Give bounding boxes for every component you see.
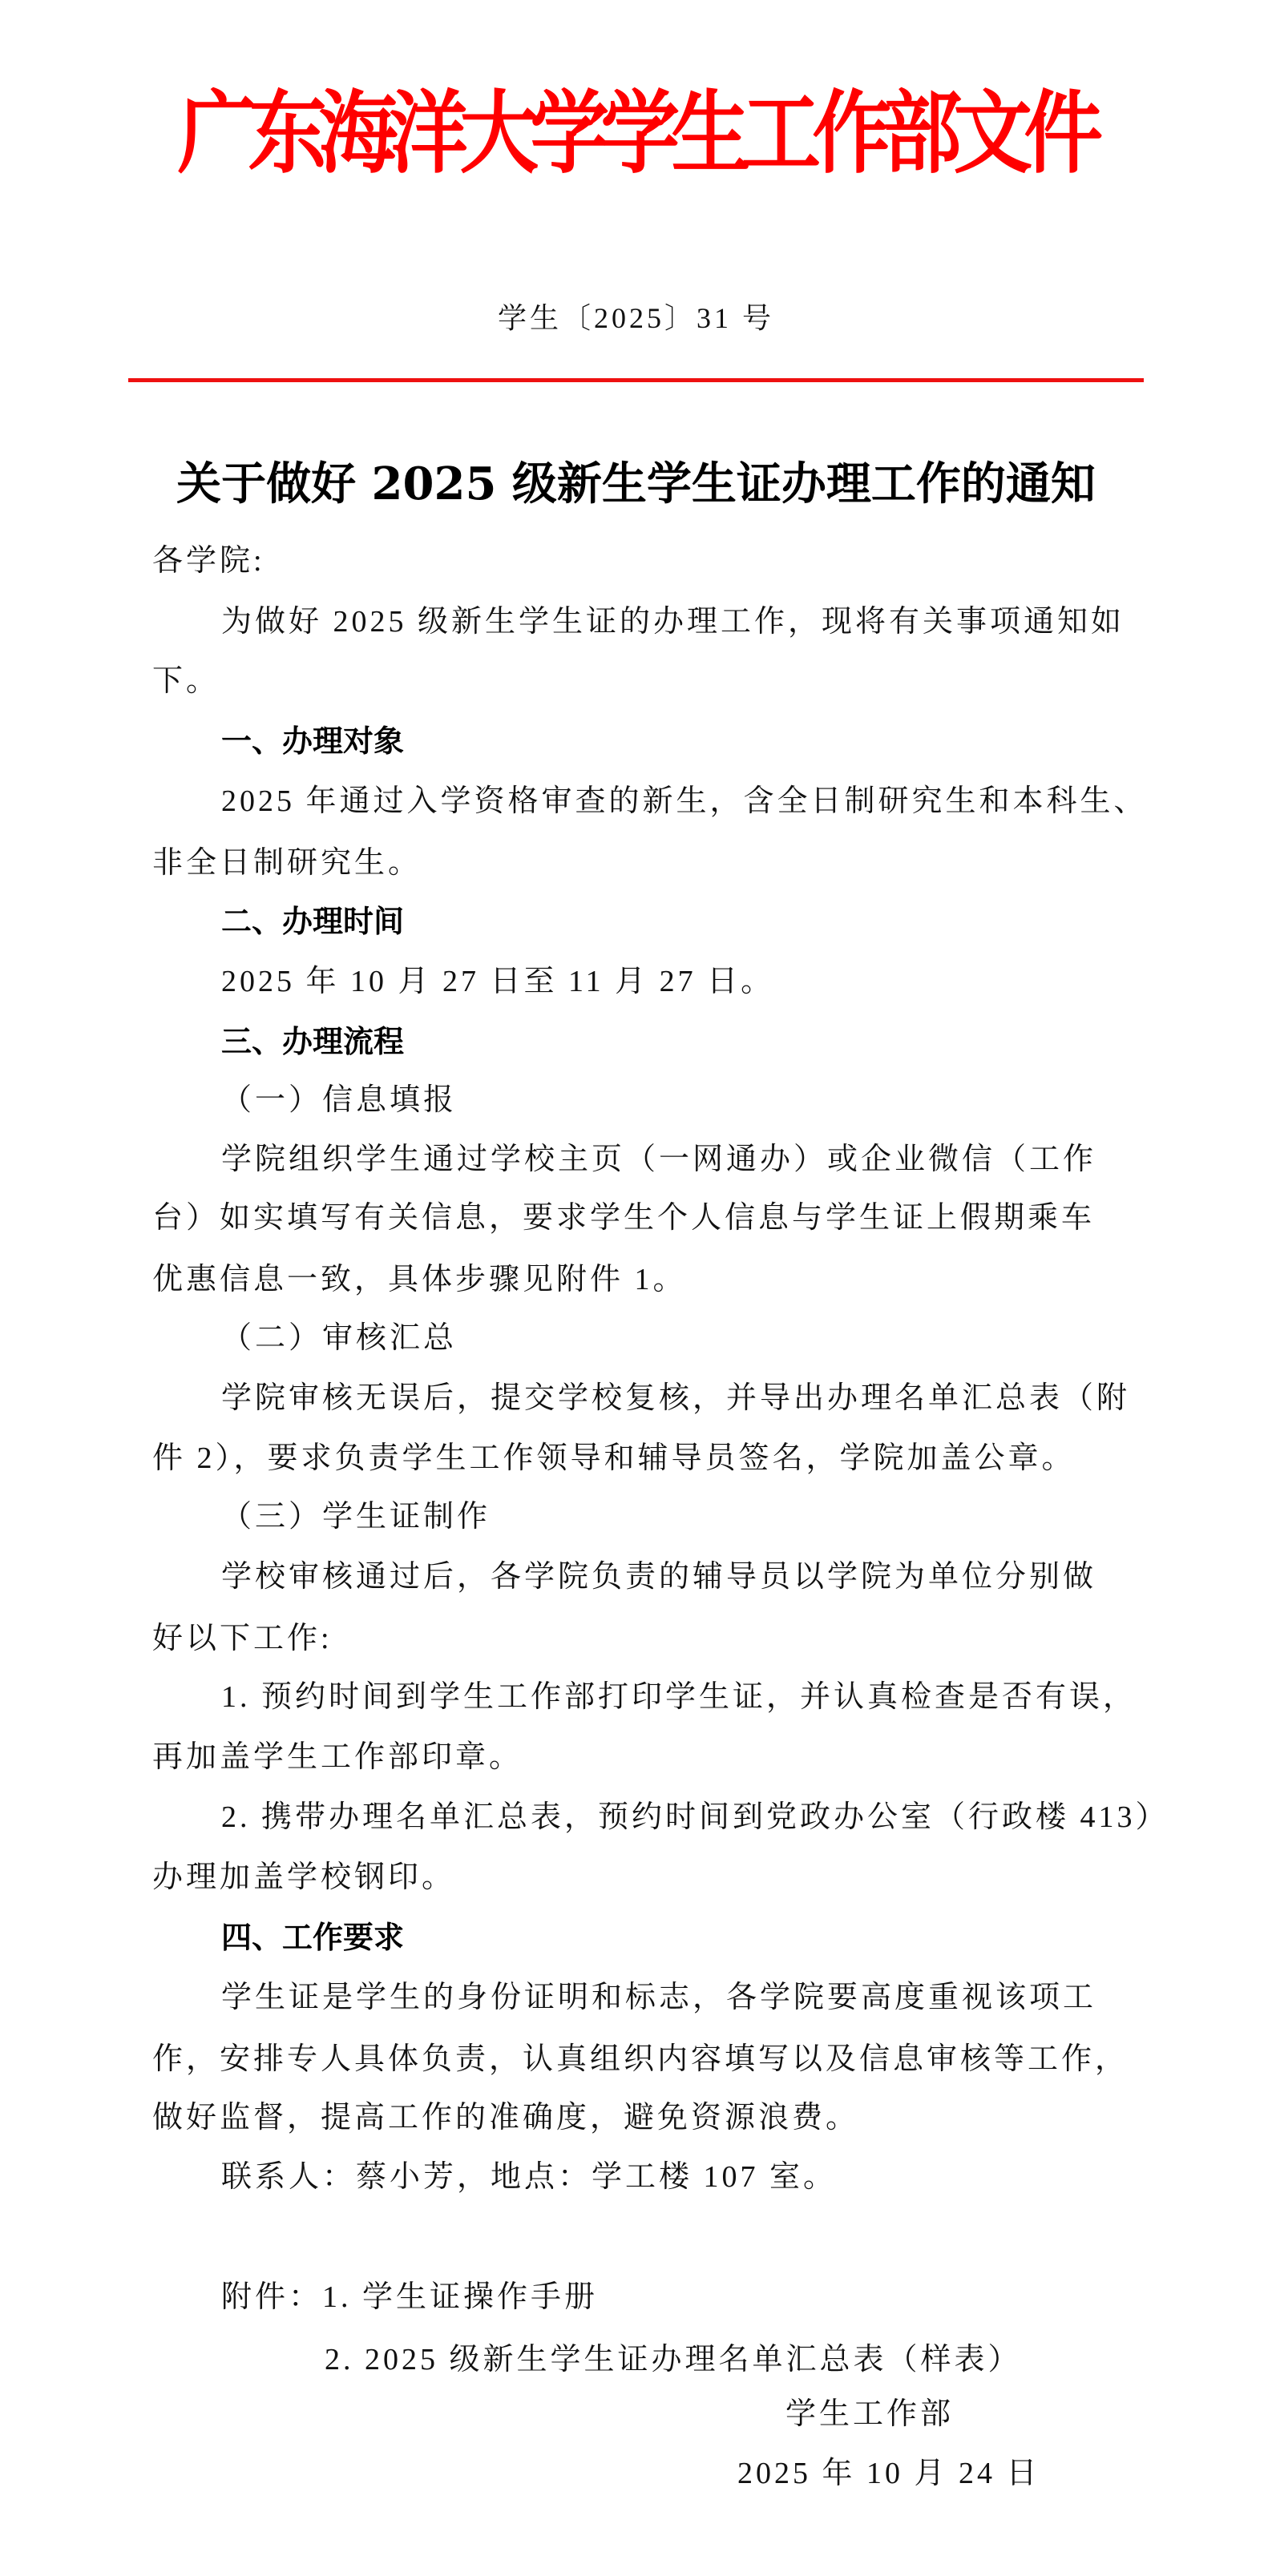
- subsection-1-line-1: 学院组织学生通过学校主页（一网通办）或企业微信（工作: [221, 1135, 1195, 1183]
- section-4-line-1: 学生证是学生的身份证明和标志，各学院要高度重视该项工: [221, 1973, 1195, 2022]
- issuer-name: 学生工作部: [785, 2390, 1272, 2438]
- section-1-line-1: 2025 年通过入学资格审查的新生，含全日制研究生和本科生、: [221, 777, 1195, 825]
- intro-line-2: 下。: [152, 657, 1126, 705]
- subsection-heading-2: （二）审核汇总: [221, 1314, 1195, 1362]
- subsection-3-line-5: 2. 携带办理名单汇总表，预约时间到党政办公室（行政楼 413）: [221, 1793, 1195, 1841]
- section-heading-1: 一、办理对象: [221, 717, 1195, 765]
- subsection-heading-1: （一）信息填报: [221, 1076, 1195, 1124]
- contact-line: 联系人：蔡小芳，地点：学工楼 107 室。: [221, 2153, 1195, 2201]
- subsection-3-line-3: 1. 预约时间到学生工作部打印学生证，并认真检查是否有误，: [221, 1673, 1195, 1721]
- notice-title: 关于做好 2025 级新生学生证办理工作的通知: [0, 455, 1272, 513]
- subsection-3-line-1: 学校审核通过后，各学院负责的辅导员以学院为单位分别做: [221, 1553, 1195, 1601]
- section-4-line-2: 作，安排专人具体负责，认真组织内容填写以及信息审核等工作，: [152, 2035, 1126, 2083]
- intro-line-1: 为做好 2025 级新生学生证的办理工作，现将有关事项通知如: [221, 598, 1195, 646]
- subsection-heading-3: （三）学生证制作: [221, 1493, 1195, 1541]
- subsection-3-line-6: 办理加盖学校钢印。: [152, 1853, 1126, 1901]
- attachment-1: 附件：1. 学生证操作手册: [221, 2273, 1195, 2321]
- subsection-2-line-2: 件 2），要求负责学生工作领导和辅导员签名，学院加盖公章。: [152, 1434, 1126, 1482]
- section-heading-2: 二、办理时间: [221, 897, 1195, 945]
- masthead-title: 广东海洋大学学生工作部文件: [76, 74, 1196, 194]
- section-4-line-3: 做好监督，提高工作的准确度，避免资源浪费。: [152, 2094, 1126, 2142]
- section-heading-4: 四、工作要求: [221, 1913, 1195, 1961]
- attachment-2: 2. 2025 级新生学生证办理名单汇总表（样表）: [325, 2336, 1272, 2384]
- document-number: 学生〔2025〕31 号: [0, 298, 1272, 338]
- subsection-3-line-2: 好以下工作:: [152, 1615, 1126, 1663]
- attachments-label: 附件：: [221, 2280, 322, 2314]
- subsection-2-line-1: 学院审核无误后，提交学校复核，并导出办理名单汇总表（附: [221, 1374, 1195, 1422]
- section-heading-3: 三、办理流程: [221, 1018, 1195, 1066]
- attachment-1-title: 1. 学生证操作手册: [322, 2280, 598, 2314]
- subsection-1-line-2: 台）如实填写有关信息，要求学生个人信息与学生证上假期乘车: [152, 1194, 1126, 1242]
- salutation: 各学院:: [152, 537, 1126, 585]
- document-page: 广东海洋大学学生工作部文件 学生〔2025〕31 号 关于做好 2025 级新生…: [0, 0, 1272, 2576]
- section-1-line-2: 非全日制研究生。: [152, 839, 1126, 887]
- subsection-1-line-3: 优惠信息一致，具体步骤见附件 1。: [152, 1256, 1126, 1304]
- red-divider-line: [128, 378, 1144, 382]
- subsection-3-line-4: 再加盖学生工作部印章。: [152, 1733, 1126, 1781]
- section-2-line-1: 2025 年 10 月 27 日至 11 月 27 日。: [221, 957, 1195, 1006]
- issue-date: 2025 年 10 月 24 日: [737, 2449, 1272, 2497]
